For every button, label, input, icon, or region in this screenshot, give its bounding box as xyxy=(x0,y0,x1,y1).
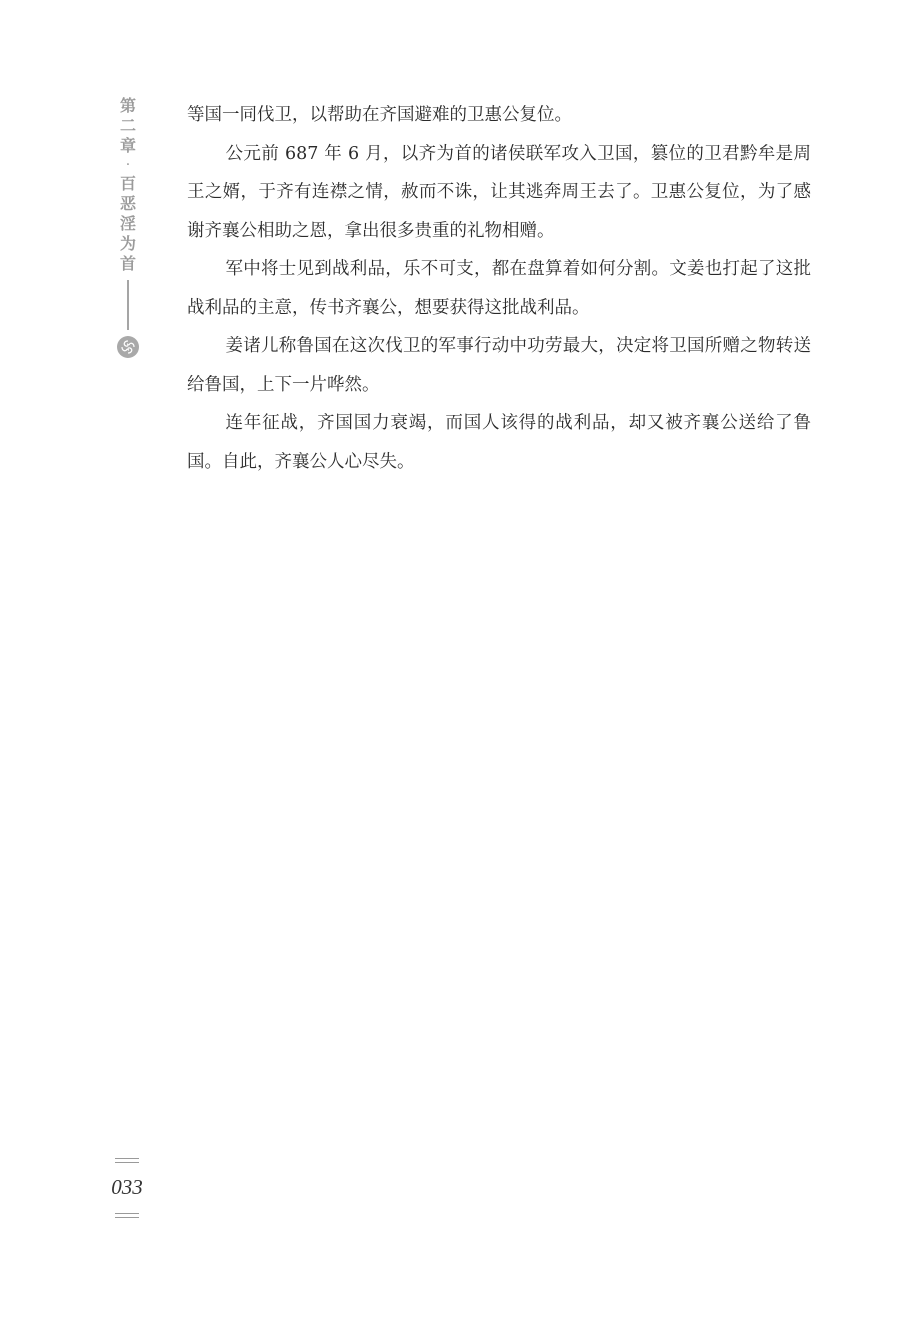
paragraph: 公元前 687 年 6 月，以齐为首的诸侯联军攻入卫国，篡位的卫君黔牟是周王之婿… xyxy=(187,135,811,251)
ornamental-medallion-icon xyxy=(117,336,139,358)
chapter-title-char: 恶 xyxy=(120,194,136,214)
chapter-title-char: 淫 xyxy=(120,214,136,234)
paragraph: 等国一同伐卫，以帮助在齐国避难的卫惠公复位。 xyxy=(187,96,811,135)
page-number: 033 xyxy=(110,1175,144,1199)
body-text: 等国一同伐卫，以帮助在齐国避难的卫惠公复位。 公元前 687 年 6 月，以齐为… xyxy=(187,96,811,481)
running-chapter-title: 第 二 章 · 百 恶 淫 为 首 xyxy=(116,96,140,358)
chapter-title-char: 章 xyxy=(120,136,136,156)
chapter-title-char: 第 xyxy=(120,96,136,116)
double-rule-bottom xyxy=(115,1213,139,1218)
chapter-title-char: 首 xyxy=(120,254,136,274)
paragraph: 连年征战，齐国国力衰竭，而国人该得的战利品，却又被齐襄公送给了鲁国。自此，齐襄公… xyxy=(187,404,811,481)
double-rule-top xyxy=(115,1158,139,1163)
chapter-title-separator: · xyxy=(126,156,130,174)
chapter-title-char: 二 xyxy=(120,116,136,136)
vertical-rule xyxy=(127,280,129,330)
page-number-block: 033 xyxy=(110,1158,144,1218)
paragraph: 军中将士见到战利品，乐不可支，都在盘算着如何分割。文姜也打起了这批战利品的主意，… xyxy=(187,250,811,327)
paragraph: 姜诸儿称鲁国在这次伐卫的军事行动中功劳最大，决定将卫国所赠之物转送给鲁国，上下一… xyxy=(187,327,811,404)
chapter-title-char: 为 xyxy=(120,234,136,254)
chapter-title-char: 百 xyxy=(120,174,136,194)
